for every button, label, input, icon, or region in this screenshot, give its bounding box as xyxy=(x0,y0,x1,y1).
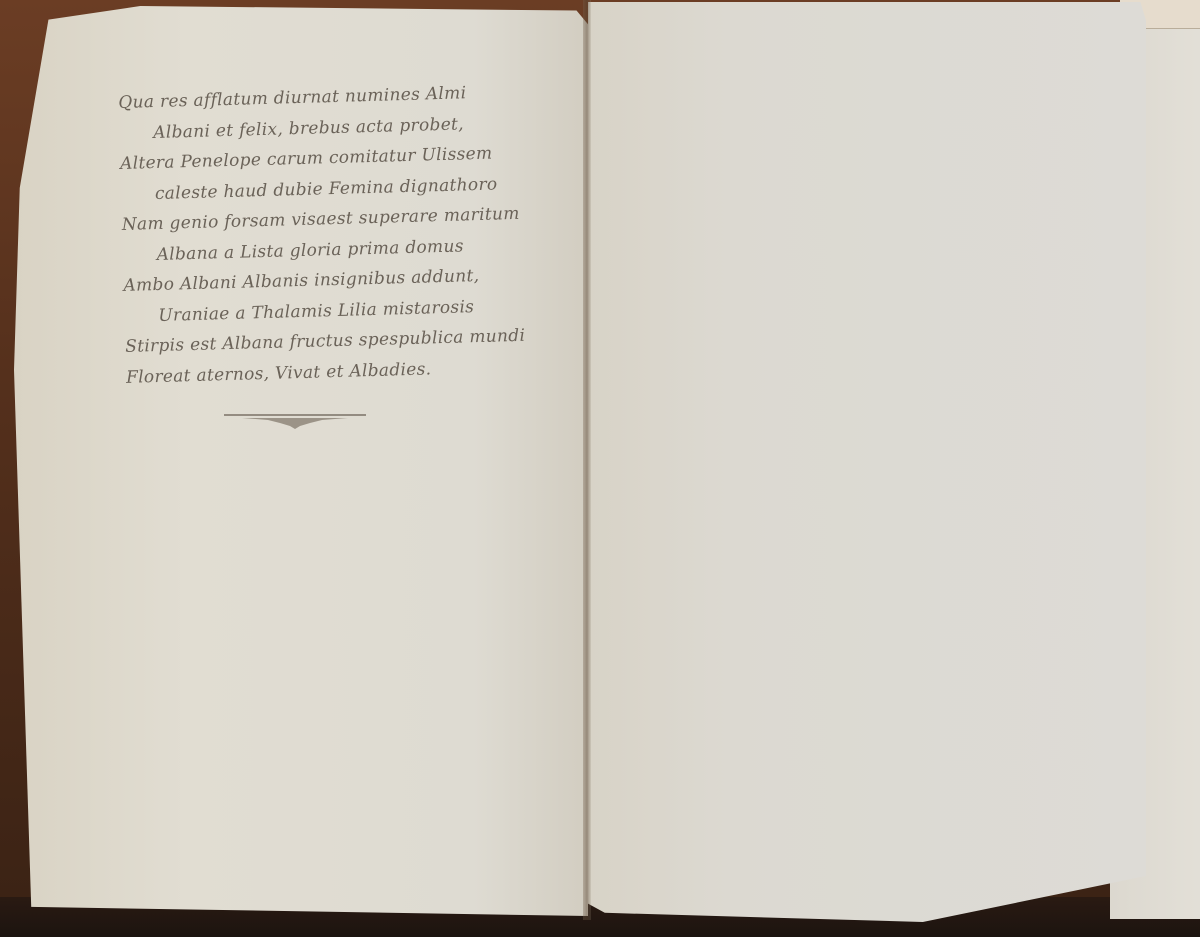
manuscript-verse: Qua res afflatum diurnat numines Almi Al… xyxy=(118,75,576,392)
book-gutter xyxy=(583,0,591,920)
right-page-blank xyxy=(588,2,1146,922)
flourish-ornament-icon xyxy=(222,412,368,432)
